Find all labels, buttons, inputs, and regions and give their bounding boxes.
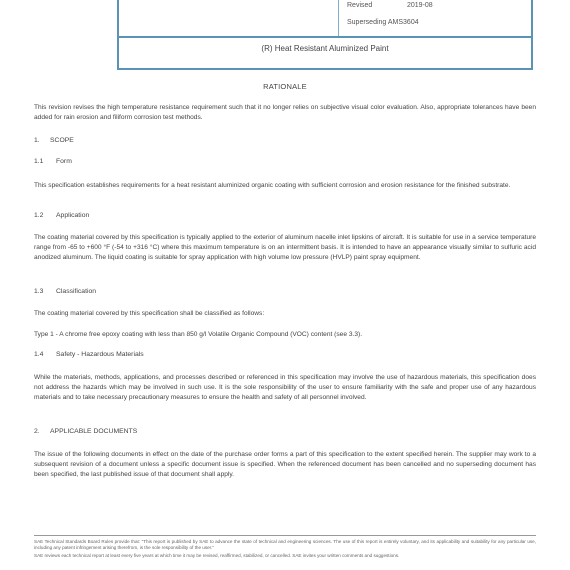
section-number: 1.3	[34, 288, 56, 295]
revised-label: Revised	[347, 2, 372, 9]
document-title: (R) Heat Resistant Aluminized Paint	[119, 44, 531, 53]
section-scope-heading: 1.SCOPE	[34, 137, 74, 144]
footer-review-notice: SAE reviews each technical report at lea…	[34, 553, 536, 559]
section-classification-heading: 1.3Classification	[34, 288, 96, 295]
footer-disclaimer: SAE Technical Standards Board Rules prov…	[34, 539, 536, 551]
section-number: 1.1	[34, 158, 56, 165]
section-applicable-documents-text: The issue of the following documents in …	[34, 450, 536, 480]
superseding-label: Superseding AMS3604	[347, 19, 419, 26]
section-applicable-documents-heading: 2.APPLICABLE DOCUMENTS	[34, 428, 137, 435]
section-safety-text: While the materials, methods, applicatio…	[34, 373, 536, 403]
section-number: 1.2	[34, 212, 56, 219]
revised-row: Revised 2019-08	[347, 2, 372, 9]
section-number: 1.	[34, 137, 50, 144]
section-title: SCOPE	[50, 137, 74, 144]
section-title: Application	[56, 212, 89, 219]
section-title: Safety - Hazardous Materials	[56, 351, 144, 358]
section-application-text: The coating material covered by this spe…	[34, 233, 536, 263]
section-title: Form	[56, 158, 72, 165]
section-form-heading: 1.1Form	[34, 158, 72, 165]
footer-divider	[34, 535, 536, 536]
header-top-row: Revised 2019-08 Superseding AMS3604	[119, 0, 531, 38]
section-safety-heading: 1.4Safety - Hazardous Materials	[34, 351, 144, 358]
header-divider	[338, 0, 339, 36]
section-classification-text: The coating material covered by this spe…	[34, 309, 536, 319]
revised-date: 2019-08	[407, 2, 433, 9]
rationale-heading: RATIONALE	[0, 82, 570, 91]
section-number: 1.4	[34, 351, 56, 358]
document-header-box: Revised 2019-08 Superseding AMS3604 (R) …	[117, 0, 533, 70]
section-application-heading: 1.2Application	[34, 212, 89, 219]
rationale-text: This revision revises the high temperatu…	[34, 103, 536, 123]
section-number: 2.	[34, 428, 50, 435]
section-title: APPLICABLE DOCUMENTS	[50, 428, 137, 435]
section-form-text: This specification establishes requireme…	[34, 181, 536, 191]
section-title: Classification	[56, 288, 96, 295]
classification-type-1: Type 1 - A chrome free epoxy coating wit…	[34, 330, 536, 340]
